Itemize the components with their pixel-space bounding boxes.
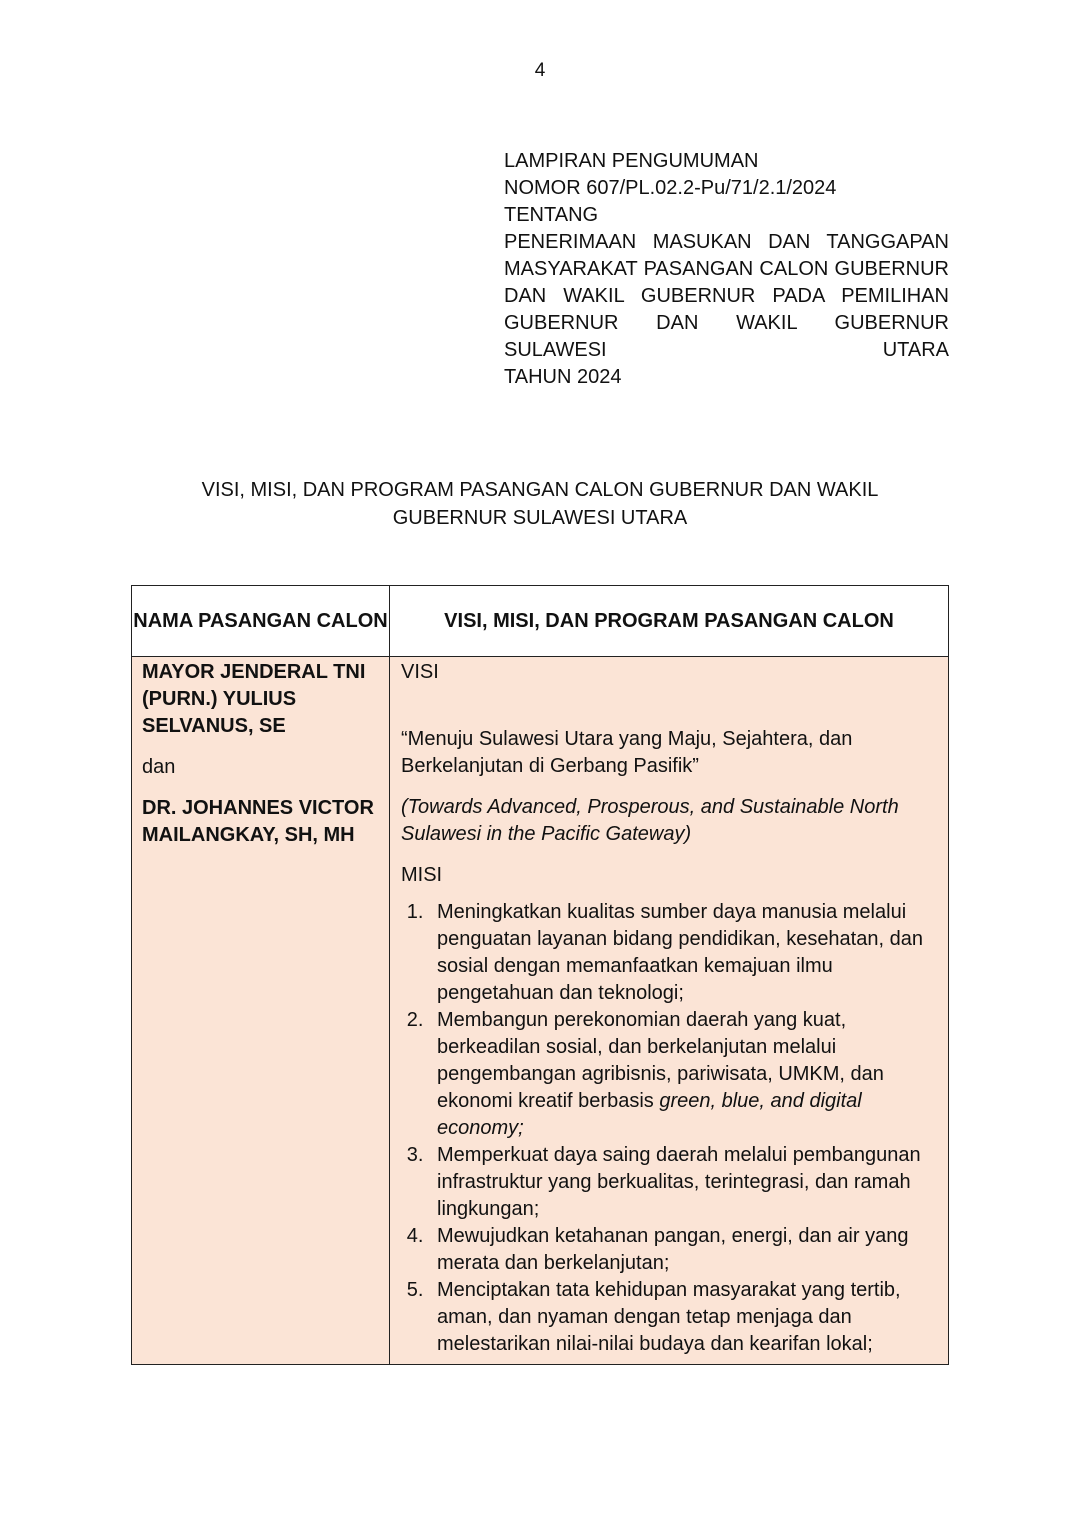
document-title-line-2: GUBERNUR SULAWESI UTARA [0, 504, 1080, 532]
page-number: 4 [0, 60, 1080, 82]
visi-label: VISI [401, 659, 938, 686]
vice-governor-name: DR. JOHANNES VICTOR MAILANGKAY, SH, MH [142, 795, 379, 849]
governor-name: MAYOR JENDERAL TNI (PURN.) YULIUS SELVAN… [142, 659, 379, 740]
appendix-header: LAMPIRAN PENGUMUMAN NOMOR 607/PL.02.2-Pu… [504, 148, 949, 391]
misi-item-text: Meningkatkan kualitas sumber daya manusi… [437, 901, 923, 1004]
document-title: VISI, MISI, DAN PROGRAM PASANGAN CALON G… [0, 476, 1080, 532]
appendix-subject: PENERIMAAN MASUKAN DAN TANGGAPAN MASYARA… [504, 229, 949, 364]
appendix-title: LAMPIRAN PENGUMUMAN [504, 148, 949, 175]
document-title-line-1: VISI, MISI, DAN PROGRAM PASANGAN CALON G… [0, 476, 1080, 504]
appendix-year: TAHUN 2024 [504, 364, 949, 391]
misi-item-text: Mewujudkan ketahanan pangan, energi, dan… [437, 1225, 908, 1274]
misi-item: Meningkatkan kualitas sumber daya manusi… [429, 899, 938, 1007]
appendix-about: TENTANG [504, 202, 949, 229]
header-candidate-name: NAMA PASANGAN CALON [132, 586, 390, 657]
header-vision-mission: VISI, MISI, DAN PROGRAM PASANGAN CALON [390, 586, 949, 657]
misi-item: Menciptakan tata kehidupan masyarakat ya… [429, 1277, 938, 1358]
candidate-cell: MAYOR JENDERAL TNI (PURN.) YULIUS SELVAN… [132, 657, 390, 1365]
misi-item-text: Menciptakan tata kehidupan masyarakat ya… [437, 1279, 901, 1355]
misi-item: Membangun perekonomian daerah yang kuat,… [429, 1007, 938, 1142]
misi-list: Meningkatkan kualitas sumber daya manusi… [401, 899, 938, 1358]
visi-text: “Menuju Sulawesi Utara yang Maju, Sejaht… [401, 726, 938, 780]
vision-mission-cell: VISI “Menuju Sulawesi Utara yang Maju, S… [390, 657, 949, 1365]
vision-mission-table: NAMA PASANGAN CALON VISI, MISI, DAN PROG… [131, 585, 949, 1365]
table-row: MAYOR JENDERAL TNI (PURN.) YULIUS SELVAN… [132, 657, 949, 1365]
appendix-number: NOMOR 607/PL.02.2-Pu/71/2.1/2024 [504, 175, 949, 202]
misi-label: MISI [401, 862, 938, 889]
visi-text-english: (Towards Advanced, Prosperous, and Susta… [401, 794, 938, 848]
misi-item: Memperkuat daya saing daerah melalui pem… [429, 1142, 938, 1223]
misi-item: Mewujudkan ketahanan pangan, energi, dan… [429, 1223, 938, 1277]
misi-item-text: Memperkuat daya saing daerah melalui pem… [437, 1144, 921, 1220]
table-header-row: NAMA PASANGAN CALON VISI, MISI, DAN PROG… [132, 586, 949, 657]
connector-text: dan [142, 754, 379, 781]
